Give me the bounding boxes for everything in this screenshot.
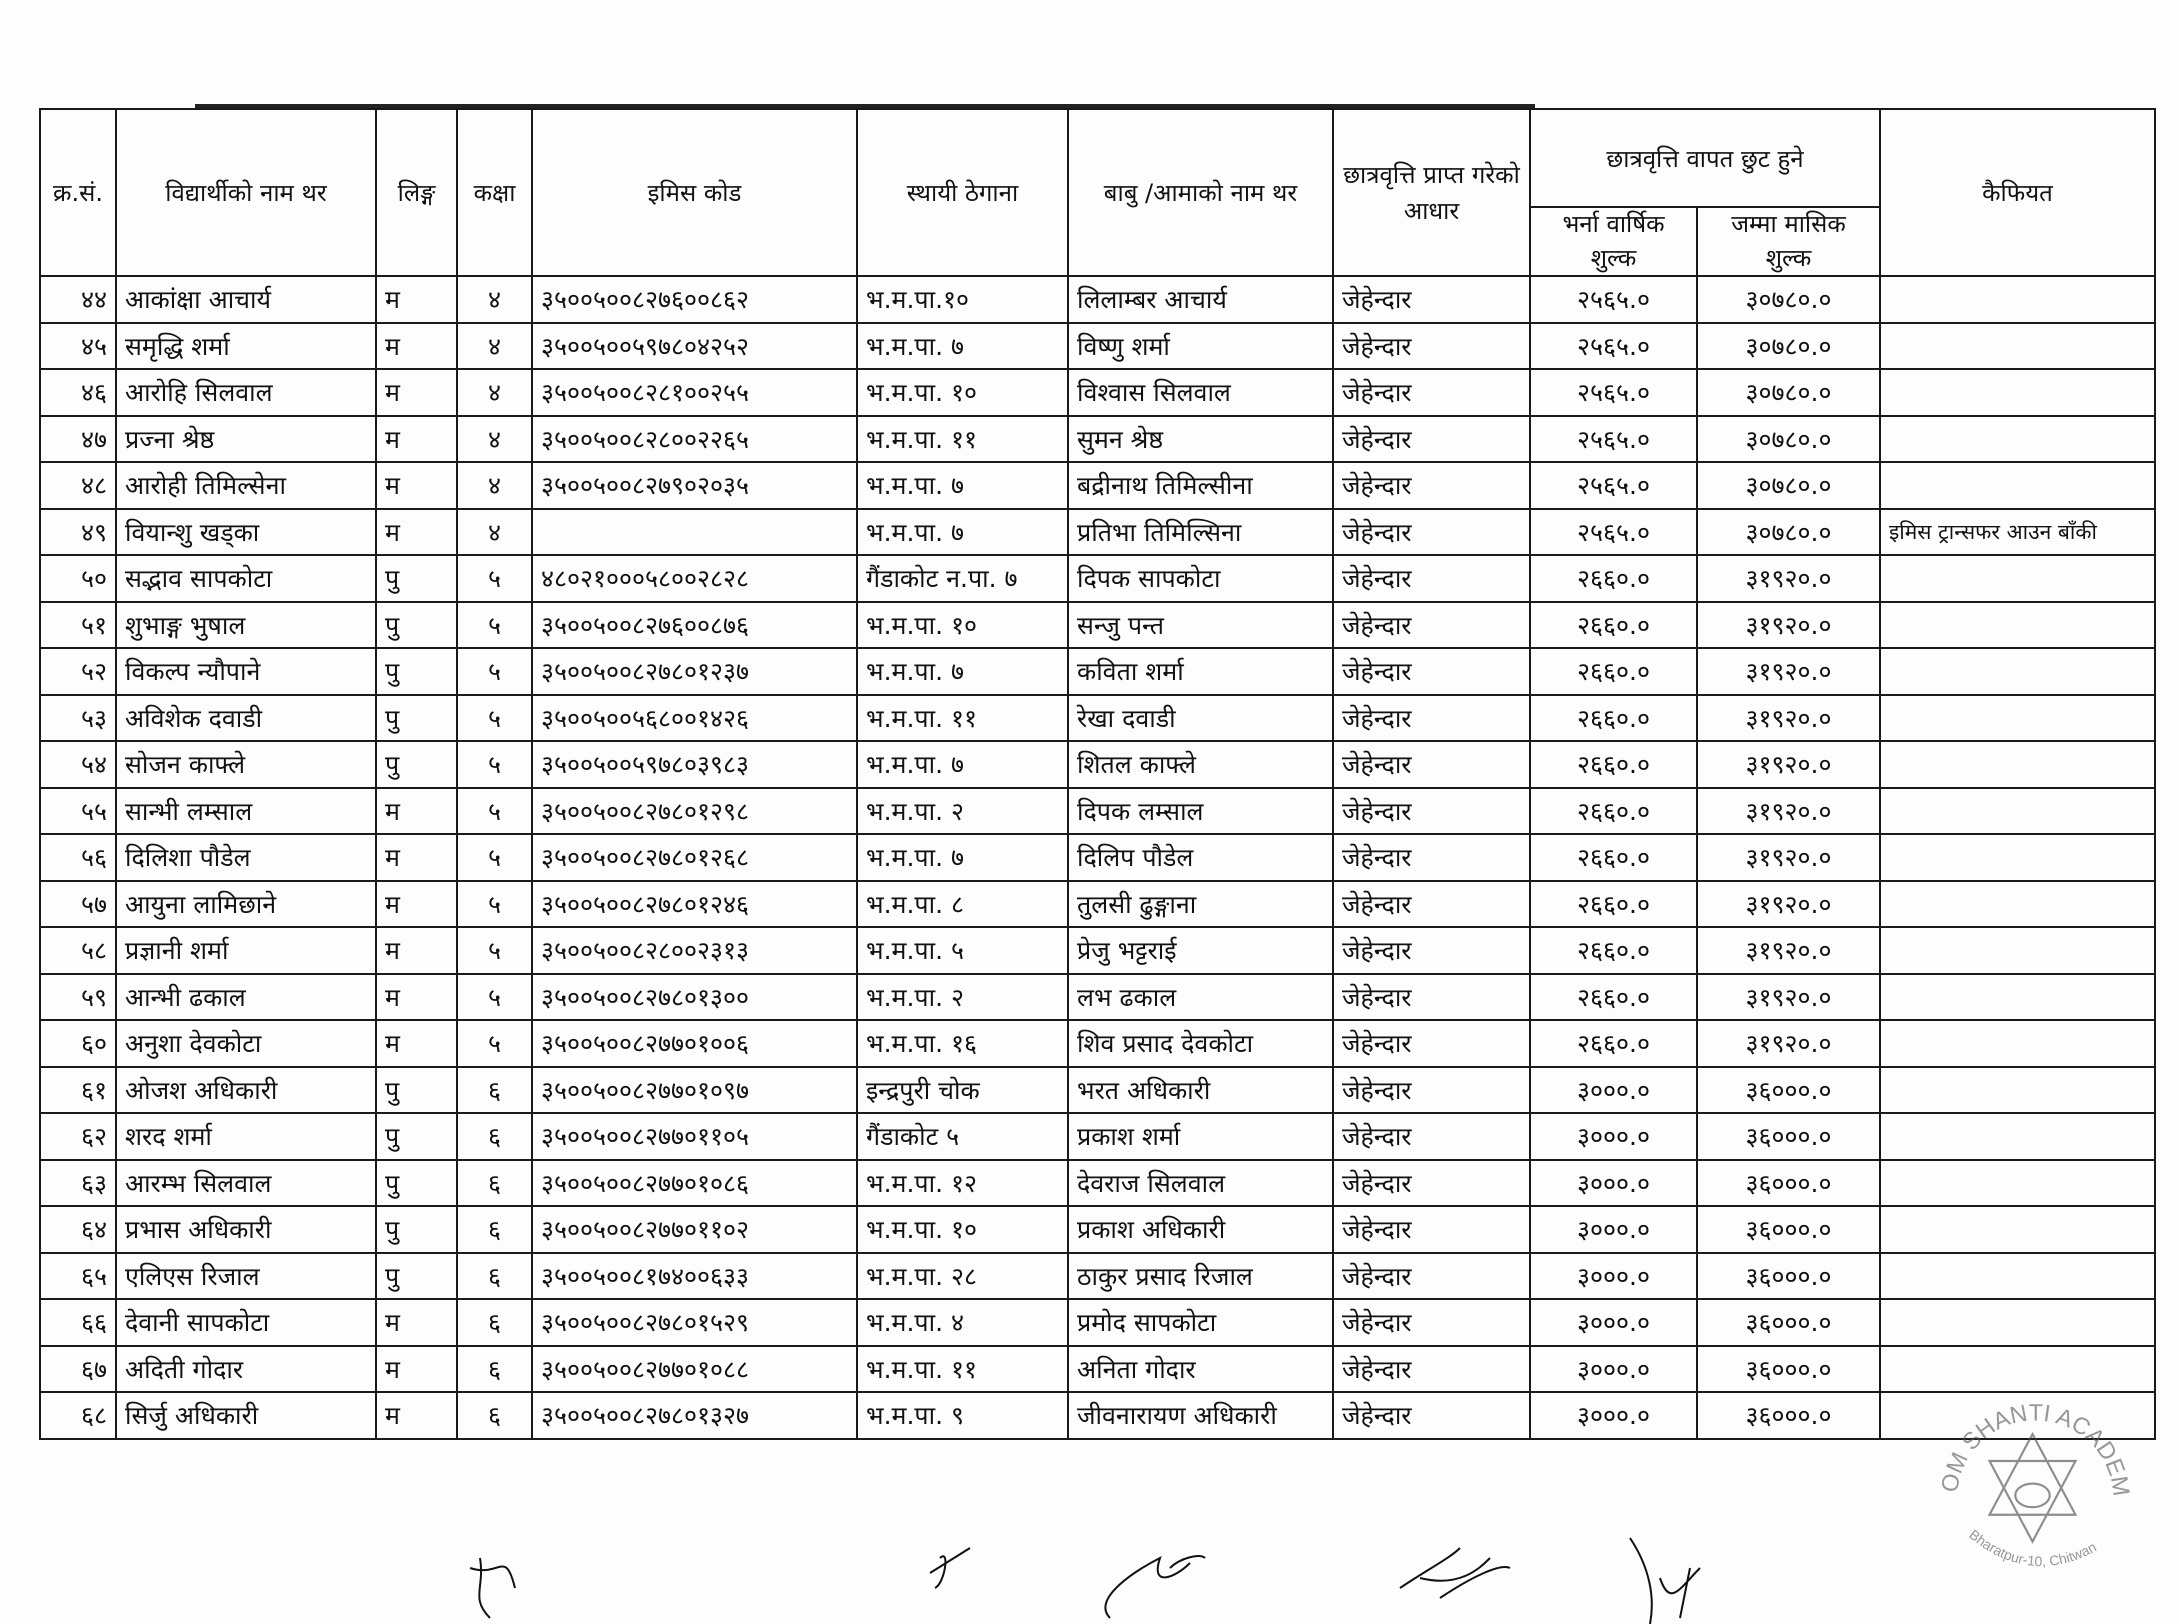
cell-basis: जेहेन्दार (1333, 788, 1530, 835)
cell-student-name: शरद शर्मा (116, 1113, 376, 1160)
cell-gender: पु (376, 1160, 457, 1207)
cell-basis: जेहेन्दार (1333, 927, 1530, 974)
cell-admission-fee: ३०००.० (1530, 1253, 1697, 1300)
cell-gender: म (376, 323, 457, 370)
cell-admission-fee: २६६०.० (1530, 741, 1697, 788)
cell-class: ६ (457, 1253, 532, 1300)
scholarship-table: क्र.सं. विद्यार्थीको नाम थर लिङ्ग कक्षा … (39, 108, 2156, 1440)
cell-sn: ५६ (40, 834, 116, 881)
cell-remarks (1880, 369, 2155, 416)
cell-emis-code (532, 509, 857, 556)
cell-monthly-fee: ३१९२०.० (1697, 555, 1880, 602)
cell-sn: ४७ (40, 416, 116, 463)
cell-address: भ.म.पा. १० (857, 369, 1068, 416)
table-row: ५९आन्भी ढकालम५३५००५००८२७८०१३००भ.म.पा. २ल… (40, 974, 2155, 1021)
cell-admission-fee: ३०००.० (1530, 1206, 1697, 1253)
cell-class: ४ (457, 323, 532, 370)
cell-address: भ.म.पा. ९ (857, 1392, 1068, 1439)
cell-basis: जेहेन्दार (1333, 881, 1530, 928)
cell-sn: ६७ (40, 1346, 116, 1393)
table-row: ५२विकल्प न्यौपानेपु५३५००५००८२७८०१२३७भ.म.… (40, 648, 2155, 695)
cell-gender: पु (376, 1113, 457, 1160)
table-row: ४४आकांक्षा आचार्यम४३५००५००८२७६००८६२भ.म.प… (40, 276, 2155, 323)
cell-gender: म (376, 416, 457, 463)
cell-student-name: अनुशा देवकोटा (116, 1020, 376, 1067)
cell-remarks (1880, 416, 2155, 463)
cell-basis: जेहेन्दार (1333, 1113, 1530, 1160)
cell-emis-code: ३५००५००८२७९०२०३५ (532, 462, 857, 509)
cell-remarks (1880, 1160, 2155, 1207)
cell-guardian: सन्जु पन्त (1068, 602, 1333, 649)
cell-basis: जेहेन्दार (1333, 834, 1530, 881)
cell-monthly-fee: ३६०००.० (1697, 1253, 1880, 1300)
cell-address: भ.म.पा. १२ (857, 1160, 1068, 1207)
cell-student-name: आरोही तिमिल्सेना (116, 462, 376, 509)
cell-gender: पु (376, 695, 457, 742)
cell-guardian: अनिता गोदार (1068, 1346, 1333, 1393)
cell-gender: म (376, 834, 457, 881)
cell-class: ५ (457, 927, 532, 974)
cell-remarks (1880, 276, 2155, 323)
cell-remarks (1880, 1206, 2155, 1253)
cell-guardian: शितल काफ्ले (1068, 741, 1333, 788)
cell-basis: जेहेन्दार (1333, 974, 1530, 1021)
cell-class: ४ (457, 509, 532, 556)
cell-gender: म (376, 881, 457, 928)
cell-sn: ६० (40, 1020, 116, 1067)
cell-gender: म (376, 276, 457, 323)
cell-address: भ.म.पा.१० (857, 276, 1068, 323)
cell-admission-fee: ३०००.० (1530, 1346, 1697, 1393)
cell-admission-fee: २६६०.० (1530, 648, 1697, 695)
cell-monthly-fee: ३०७८०.० (1697, 276, 1880, 323)
cell-emis-code: ३५००५००८२८१००२५५ (532, 369, 857, 416)
scanned-document: क्र.सं. विद्यार्थीको नाम थर लिङ्ग कक्षा … (0, 0, 2179, 1624)
cell-class: ५ (457, 695, 532, 742)
cell-basis: जेहेन्दार (1333, 1392, 1530, 1439)
signature-4 (1400, 1548, 1510, 1598)
signature-3 (1105, 1556, 1205, 1618)
cell-student-name: एलिएस रिजाल (116, 1253, 376, 1300)
cell-admission-fee: ३०००.० (1530, 1160, 1697, 1207)
cell-sn: ६३ (40, 1160, 116, 1207)
cell-address: भ.म.पा. ७ (857, 741, 1068, 788)
cell-monthly-fee: ३१९२०.० (1697, 927, 1880, 974)
table-row: ६०अनुशा देवकोटाम५३५००५००८२७७०१००६भ.म.पा.… (40, 1020, 2155, 1067)
cell-class: ५ (457, 881, 532, 928)
cell-student-name: वियान्शु खड्का (116, 509, 376, 556)
cell-address: भ.म.पा. २ (857, 788, 1068, 835)
cell-sn: ४६ (40, 369, 116, 416)
cell-gender: पु (376, 741, 457, 788)
cell-gender: म (376, 509, 457, 556)
table-row: ५७आयुना लामिछानेम५३५००५००८२७८०१२४६भ.म.पा… (40, 881, 2155, 928)
table-row: ५४सोजन काफ्लेपु५३५००५००५९७८०३९८३भ.म.पा. … (40, 741, 2155, 788)
cell-emis-code: ३५००५००८२७७०११०२ (532, 1206, 857, 1253)
cell-sn: ४८ (40, 462, 116, 509)
cell-sn: ५१ (40, 602, 116, 649)
cell-admission-fee: २६६०.० (1530, 881, 1697, 928)
cell-class: ५ (457, 974, 532, 1021)
cell-guardian: प्रेजु भट्टराई (1068, 927, 1333, 974)
cell-basis: जेहेन्दार (1333, 1067, 1530, 1114)
cell-monthly-fee: ३१९२०.० (1697, 834, 1880, 881)
cell-basis: जेहेन्दार (1333, 1346, 1530, 1393)
cell-guardian: शिव प्रसाद देवकोटा (1068, 1020, 1333, 1067)
cell-monthly-fee: ३०७८०.० (1697, 509, 1880, 556)
cell-guardian: सुमन श्रेष्ठ (1068, 416, 1333, 463)
table-row: ४८आरोही तिमिल्सेनाम४३५००५००८२७९०२०३५भ.म.… (40, 462, 2155, 509)
cell-admission-fee: २६६०.० (1530, 695, 1697, 742)
cell-gender: पु (376, 648, 457, 695)
cell-class: ४ (457, 462, 532, 509)
table-row: ५८प्रज्ञानी शर्माम५३५००५००८२८००२३१३भ.म.प… (40, 927, 2155, 974)
cell-class: ५ (457, 834, 532, 881)
cell-student-name: देवानी सापकोटा (116, 1299, 376, 1346)
cell-basis: जेहेन्दार (1333, 509, 1530, 556)
table-row: ६४प्रभास अधिकारीपु६३५००५००८२७७०११०२भ.म.प… (40, 1206, 2155, 1253)
cell-class: ५ (457, 555, 532, 602)
table-row: ४५समृद्धि शर्माम४३५००५००५९७८०४२५२भ.म.पा.… (40, 323, 2155, 370)
cell-sn: ६४ (40, 1206, 116, 1253)
cell-monthly-fee: ३१९२०.० (1697, 881, 1880, 928)
header-remarks: कैफियत (1880, 109, 2155, 276)
cell-emis-code: ३५००५००८१७४००६३३ (532, 1253, 857, 1300)
cell-remarks (1880, 788, 2155, 835)
cell-remarks (1880, 834, 2155, 881)
cell-emis-code: ३५००५००८२७७०१०८६ (532, 1160, 857, 1207)
cell-basis: जेहेन्दार (1333, 369, 1530, 416)
cell-sn: ५३ (40, 695, 116, 742)
cell-class: ६ (457, 1206, 532, 1253)
cell-monthly-fee: ३६०००.० (1697, 1392, 1880, 1439)
signature-1 (470, 1558, 515, 1618)
cell-admission-fee: २६६०.० (1530, 974, 1697, 1021)
cell-student-name: सान्भी लम्साल (116, 788, 376, 835)
cell-student-name: समृद्धि शर्मा (116, 323, 376, 370)
cell-emis-code: ३५००५००८२७७०१००६ (532, 1020, 857, 1067)
cell-admission-fee: २५६५.० (1530, 323, 1697, 370)
cell-admission-fee: ३०००.० (1530, 1299, 1697, 1346)
cell-remarks (1880, 741, 2155, 788)
cell-class: ४ (457, 276, 532, 323)
cell-address: भ.म.पा. ७ (857, 648, 1068, 695)
cell-address: भ.म.पा. १० (857, 1206, 1068, 1253)
cell-address: भ.म.पा. ७ (857, 834, 1068, 881)
cell-emis-code: ३५००५००८२७८०१२६८ (532, 834, 857, 881)
cell-basis: जेहेन्दार (1333, 462, 1530, 509)
cell-address: भ.म.पा. ७ (857, 509, 1068, 556)
cell-emis-code: ३५००५००८२७८०१३२७ (532, 1392, 857, 1439)
cell-monthly-fee: ३६०००.० (1697, 1346, 1880, 1393)
cell-student-name: आरम्भ सिलवाल (116, 1160, 376, 1207)
cell-emis-code: ३५००५००५६८००१४२६ (532, 695, 857, 742)
cell-emis-code: ३५००५००८२७६००८६२ (532, 276, 857, 323)
cell-remarks (1880, 1020, 2155, 1067)
cell-guardian: भरत अधिकारी (1068, 1067, 1333, 1114)
cell-guardian: तुलसी ढुङ्गाना (1068, 881, 1333, 928)
cell-sn: ६२ (40, 1113, 116, 1160)
cell-class: ५ (457, 1020, 532, 1067)
cell-emis-code: ३५००५००८२७७०१०८८ (532, 1346, 857, 1393)
cell-admission-fee: २५६५.० (1530, 276, 1697, 323)
cell-address: भ.म.पा. २ (857, 974, 1068, 1021)
cell-guardian: लिलाम्बर आचार्य (1068, 276, 1333, 323)
header-gender: लिङ्ग (376, 109, 457, 276)
cell-guardian: बद्रीनाथ तिमिल्सीना (1068, 462, 1333, 509)
cell-admission-fee: २६६०.० (1530, 1020, 1697, 1067)
cell-emis-code: ३५००५००८२७८०१२४६ (532, 881, 857, 928)
header-admission-fee: भर्ना वार्षिक शुल्क (1530, 207, 1697, 276)
cell-remarks (1880, 323, 2155, 370)
cell-gender: म (376, 1020, 457, 1067)
cell-student-name: विकल्प न्यौपाने (116, 648, 376, 695)
table-row: ६२शरद शर्मापु६३५००५००८२७७०११०५गैंडाकोट ५… (40, 1113, 2155, 1160)
cell-emis-code: ४८०२१०००५८००२८२८ (532, 555, 857, 602)
cell-sn: ४५ (40, 323, 116, 370)
table-row: ५१शुभाङ्ग भुषालपु५३५००५००८२७६००८७६भ.म.पा… (40, 602, 2155, 649)
cell-emis-code: ३५००५००८२८००२२६५ (532, 416, 857, 463)
cell-remarks (1880, 1067, 2155, 1114)
cell-emis-code: ३५००५००८२७६००८७६ (532, 602, 857, 649)
cell-student-name: आरोहि सिलवाल (116, 369, 376, 416)
cell-sn: ६५ (40, 1253, 116, 1300)
header-student-name: विद्यार्थीको नाम थर (116, 109, 376, 276)
cell-gender: म (376, 369, 457, 416)
table-row: ५३अविशेक दवाडीपु५३५००५००५६८००१४२६भ.म.पा.… (40, 695, 2155, 742)
cell-monthly-fee: ३०७८०.० (1697, 323, 1880, 370)
cell-monthly-fee: ३१९२०.० (1697, 788, 1880, 835)
cell-remarks (1880, 648, 2155, 695)
cell-address: भ.म.पा. ११ (857, 416, 1068, 463)
cell-admission-fee: २५६५.० (1530, 416, 1697, 463)
cell-basis: जेहेन्दार (1333, 648, 1530, 695)
header-emis-code: इमिस कोड (532, 109, 857, 276)
cell-gender: म (376, 974, 457, 1021)
cell-monthly-fee: ३०७८०.० (1697, 416, 1880, 463)
cell-admission-fee: २५६५.० (1530, 509, 1697, 556)
cell-sn: ५० (40, 555, 116, 602)
cell-address: गैंडाकोट न.पा. ७ (857, 555, 1068, 602)
cell-guardian: दिपक लम्साल (1068, 788, 1333, 835)
cell-monthly-fee: ३१९२०.० (1697, 648, 1880, 695)
signatures (0, 1528, 2179, 1624)
cell-monthly-fee: ३६०००.० (1697, 1113, 1880, 1160)
cell-monthly-fee: ३०७८०.० (1697, 462, 1880, 509)
cell-gender: पु (376, 602, 457, 649)
cell-sn: ५९ (40, 974, 116, 1021)
cell-remarks (1880, 1299, 2155, 1346)
cell-remarks (1880, 1392, 2155, 1439)
cell-remarks (1880, 1253, 2155, 1300)
cell-emis-code: ३५००५००८२७८०१२३७ (532, 648, 857, 695)
cell-basis: जेहेन्दार (1333, 1253, 1530, 1300)
cell-class: ६ (457, 1160, 532, 1207)
cell-student-name: आन्भी ढकाल (116, 974, 376, 1021)
cell-monthly-fee: ३१९२०.० (1697, 1020, 1880, 1067)
cell-emis-code: ३५००५००८२८००२३१३ (532, 927, 857, 974)
cell-address: भ.म.पा. १० (857, 602, 1068, 649)
cell-remarks (1880, 881, 2155, 928)
table-row: ५०सद्भाव सापकोटापु५४८०२१०००५८००२८२८गैंडा… (40, 555, 2155, 602)
table-row: ६६देवानी सापकोटाम६३५००५००८२७८०१५२९भ.म.पा… (40, 1299, 2155, 1346)
cell-address: भ.म.पा. ७ (857, 323, 1068, 370)
header-monthly-fee: जम्मा मासिक शुल्क (1697, 207, 1880, 276)
cell-guardian: देवराज सिलवाल (1068, 1160, 1333, 1207)
cell-monthly-fee: ३१९२०.० (1697, 741, 1880, 788)
cell-student-name: सिर्जु अधिकारी (116, 1392, 376, 1439)
table-row: ४६आरोहि सिलवालम४३५००५००८२८१००२५५भ.म.पा. … (40, 369, 2155, 416)
cell-gender: म (376, 927, 457, 974)
cell-class: ५ (457, 788, 532, 835)
cell-student-name: अविशेक दवाडी (116, 695, 376, 742)
cell-guardian: कविता शर्मा (1068, 648, 1333, 695)
cell-address: भ.म.पा. ११ (857, 1346, 1068, 1393)
cell-sn: ६६ (40, 1299, 116, 1346)
cell-emis-code: ३५००५००५९७८०३९८३ (532, 741, 857, 788)
cell-class: ४ (457, 416, 532, 463)
cell-class: ६ (457, 1067, 532, 1114)
table-row: ६७अदिती गोदारम६३५००५००८२७७०१०८८भ.म.पा. १… (40, 1346, 2155, 1393)
cell-basis: जेहेन्दार (1333, 323, 1530, 370)
signature-2 (930, 1548, 970, 1588)
cell-remarks (1880, 462, 2155, 509)
cell-address: भ.म.पा. २८ (857, 1253, 1068, 1300)
cell-remarks (1880, 695, 2155, 742)
cell-admission-fee: २५६५.० (1530, 462, 1697, 509)
cell-emis-code: ३५००५००५९७८०४२५२ (532, 323, 857, 370)
header-sn: क्र.सं. (40, 109, 116, 276)
cell-admission-fee: ३०००.० (1530, 1113, 1697, 1160)
cell-gender: म (376, 462, 457, 509)
table-row: ६१ओजश अधिकारीपु६३५००५००८२७७०१०९७इन्द्रपु… (40, 1067, 2155, 1114)
cell-address: भ.म.पा. १६ (857, 1020, 1068, 1067)
cell-admission-fee: २६६०.० (1530, 834, 1697, 881)
cell-class: ५ (457, 602, 532, 649)
table-row: ६३आरम्भ सिलवालपु६३५००५००८२७७०१०८६भ.म.पा.… (40, 1160, 2155, 1207)
cell-remarks (1880, 555, 2155, 602)
cell-student-name: अदिती गोदार (116, 1346, 376, 1393)
table-row: ४७प्रज्ना श्रेष्ठम४३५००५००८२८००२२६५भ.म.प… (40, 416, 2155, 463)
cell-sn: ४९ (40, 509, 116, 556)
cell-monthly-fee: ३१९२०.० (1697, 602, 1880, 649)
cell-student-name: प्रज्ना श्रेष्ठ (116, 416, 376, 463)
cell-guardian: प्रतिभा तिमिल्सिना (1068, 509, 1333, 556)
cell-gender: म (376, 1346, 457, 1393)
cell-guardian: विश्वास सिलवाल (1068, 369, 1333, 416)
cell-emis-code: ३५००५००८२७७०११०५ (532, 1113, 857, 1160)
cell-basis: जेहेन्दार (1333, 416, 1530, 463)
cell-student-name: आकांक्षा आचार्य (116, 276, 376, 323)
header-class: कक्षा (457, 109, 532, 276)
cell-guardian: प्रमोद सापकोटा (1068, 1299, 1333, 1346)
cell-basis: जेहेन्दार (1333, 555, 1530, 602)
cell-gender: म (376, 788, 457, 835)
header-exemption-group: छात्रवृत्ति वापत छुट हुने (1530, 109, 1880, 207)
cell-sn: ५२ (40, 648, 116, 695)
cell-address: भ.म.पा. ७ (857, 462, 1068, 509)
cell-address: भ.म.पा. ४ (857, 1299, 1068, 1346)
cell-sn: ६८ (40, 1392, 116, 1439)
cell-basis: जेहेन्दार (1333, 1160, 1530, 1207)
cell-admission-fee: ३०००.० (1530, 1067, 1697, 1114)
cell-admission-fee: २६६०.० (1530, 788, 1697, 835)
cell-guardian: जीवनारायण अधिकारी (1068, 1392, 1333, 1439)
cell-guardian: लभ ढकाल (1068, 974, 1333, 1021)
cell-guardian: दिलिप पौडेल (1068, 834, 1333, 881)
table-row: ६८सिर्जु अधिकारीम६३५००५००८२७८०१३२७भ.म.पा… (40, 1392, 2155, 1439)
cell-admission-fee: २६६०.० (1530, 602, 1697, 649)
cell-student-name: सद्भाव सापकोटा (116, 555, 376, 602)
cell-admission-fee: २५६५.० (1530, 369, 1697, 416)
cell-guardian: विष्णु शर्मा (1068, 323, 1333, 370)
cell-address: भ.म.पा. ८ (857, 881, 1068, 928)
cell-gender: पु (376, 555, 457, 602)
cell-sn: ५८ (40, 927, 116, 974)
cell-gender: पु (376, 1067, 457, 1114)
cell-student-name: आयुना लामिछाने (116, 881, 376, 928)
cell-remarks (1880, 927, 2155, 974)
cell-guardian: दिपक सापकोटा (1068, 555, 1333, 602)
cell-sn: ५५ (40, 788, 116, 835)
cell-admission-fee: २६६०.० (1530, 555, 1697, 602)
cell-gender: म (376, 1299, 457, 1346)
cell-remarks (1880, 1113, 2155, 1160)
cell-student-name: प्रभास अधिकारी (116, 1206, 376, 1253)
cell-emis-code: ३५००५००८२७८०१३०० (532, 974, 857, 1021)
cell-class: ६ (457, 1346, 532, 1393)
cell-basis: जेहेन्दार (1333, 1206, 1530, 1253)
cell-sn: ४४ (40, 276, 116, 323)
header-guardian: बाबु /आमाको नाम थर (1068, 109, 1333, 276)
cell-basis: जेहेन्दार (1333, 741, 1530, 788)
cell-guardian: प्रकाश शर्मा (1068, 1113, 1333, 1160)
cell-address: भ.म.पा. ५ (857, 927, 1068, 974)
cell-student-name: दिलिशा पौडेल (116, 834, 376, 881)
cell-monthly-fee: ३१९२०.० (1697, 695, 1880, 742)
cell-sn: ६१ (40, 1067, 116, 1114)
cell-gender: म (376, 1392, 457, 1439)
cell-guardian: ठाकुर प्रसाद रिजाल (1068, 1253, 1333, 1300)
cell-admission-fee: ३०००.० (1530, 1392, 1697, 1439)
table-row: ६५एलिएस रिजालपु६३५००५००८१७४००६३३भ.म.पा. … (40, 1253, 2155, 1300)
cell-basis: जेहेन्दार (1333, 695, 1530, 742)
cell-monthly-fee: ३६०००.० (1697, 1206, 1880, 1253)
cell-monthly-fee: ३६०००.० (1697, 1299, 1880, 1346)
cell-class: ४ (457, 369, 532, 416)
table-row: ५६दिलिशा पौडेलम५३५००५००८२७८०१२६८भ.म.पा. … (40, 834, 2155, 881)
cell-admission-fee: २६६०.० (1530, 927, 1697, 974)
cell-class: ६ (457, 1392, 532, 1439)
header-address: स्थायी ठेगाना (857, 109, 1068, 276)
cell-remarks (1880, 1346, 2155, 1393)
cell-gender: पु (376, 1253, 457, 1300)
cell-monthly-fee: ३०७८०.० (1697, 369, 1880, 416)
cell-student-name: प्रज्ञानी शर्मा (116, 927, 376, 974)
cell-gender: पु (376, 1206, 457, 1253)
cell-student-name: सोजन काफ्ले (116, 741, 376, 788)
table-row: ४९वियान्शु खड्काम४भ.म.पा. ७प्रतिभा तिमिल… (40, 509, 2155, 556)
cell-basis: जेहेन्दार (1333, 1020, 1530, 1067)
cell-guardian: रेखा दवाडी (1068, 695, 1333, 742)
cell-address: गैंडाकोट ५ (857, 1113, 1068, 1160)
cell-sn: ५७ (40, 881, 116, 928)
table-row: ५५सान्भी लम्सालम५३५००५००८२७८०१२९८भ.म.पा.… (40, 788, 2155, 835)
cell-remarks: इमिस ट्रान्सफर आउन बाँकी (1880, 509, 2155, 556)
cell-basis: जेहेन्दार (1333, 602, 1530, 649)
cell-basis: जेहेन्दार (1333, 1299, 1530, 1346)
cell-emis-code: ३५००५००८२७८०१२९८ (532, 788, 857, 835)
